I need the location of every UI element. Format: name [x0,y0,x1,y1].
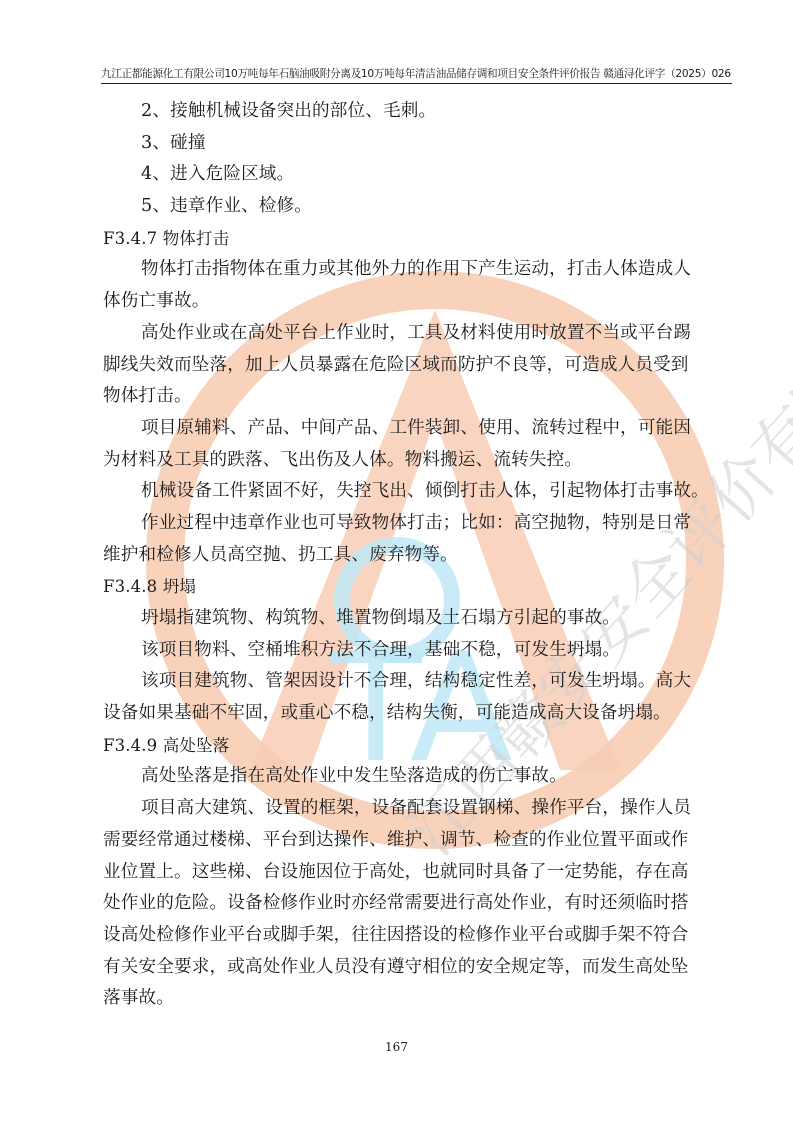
paragraph-line: 业位置上。这些梯、台设施因位于高处，也就同时具备了一定势能，存在高 [103,857,723,889]
paragraph-line: 体伤亡事故。 [103,286,723,318]
list-item: 3、碰撞 [103,128,723,160]
page-number: 167 [0,1040,793,1054]
paragraph-line: 物体打击指物体在重力或其他外力的作用下产生运动，打击人体造成人 [103,254,723,286]
paragraph-line: 机械设备工件紧固不好，失控飞出、倾倒打击人体，引起物体打击事故。 [103,476,723,508]
section-title: 坍塌 [163,577,196,596]
section-heading: F3.4.8 坍塌 [103,571,723,603]
paragraph-line: 高处作业或在高处平台上作业时，工具及材料使用时放置不当或平台踢 [103,318,723,350]
paragraph-line: 有关安全要求，或高处作业人员没有遵守相位的安全规定等，而发生高处坠 [103,952,723,984]
paragraph-line: 项目高大建筑、设置的框架，设备配套设置钢梯、操作平台，操作人员 [103,793,723,825]
paragraph-line: 落事故。 [103,983,723,1015]
section-number: F3.4.9 [103,736,157,755]
paragraph-line: 处作业的危险。设备检修作业时亦经常需要进行高处作业，有时还须临时搭 [103,888,723,920]
list-item: 5、违章作业、检修。 [103,191,723,223]
paragraph-line: 设高处检修作业平台或脚手架，往往因搭设的检修作业平台或脚手架不符合 [103,920,723,952]
page-content: 2、接触机械设备突出的部位、毛刺。 3、碰撞 4、进入危险区域。 5、违章作业、… [103,96,723,1015]
paragraph-line: 脚线失效而坠落，加上人员暴露在危险区域而防护不良等，可造成人员受到 [103,350,723,382]
paragraph-line: 维护和检修人员高空抛、扔工具、废弃物等。 [103,540,723,572]
paragraph-line: 为材料及工具的跌落、飞出伤及人体。物料搬运、流转失控。 [103,445,723,477]
paragraph-line: 坍塌指建筑物、构筑物、堆置物倒塌及土石塌方引起的事故。 [103,603,723,635]
section-heading: F3.4.7 物体打击 [103,223,723,255]
section-number: F3.4.7 [103,229,157,248]
paragraph-line: 该项目建筑物、管架因设计不合理，结构稳定性差，可发生坍塌。高大 [103,666,723,698]
list-item: 4、进入危险区域。 [103,159,723,191]
paragraph-line: 需要经常通过楼梯、平台到达操作、维护、调节、检查的作业位置平面或作 [103,825,723,857]
list-item: 2、接触机械设备突出的部位、毛刺。 [103,96,723,128]
section-heading: F3.4.9 高处坠落 [103,730,723,762]
section-number: F3.4.8 [103,577,157,596]
paragraph-line: 该项目物料、空桶堆积方法不合理，基础不稳，可发生坍塌。 [103,635,723,667]
paragraph-line: 作业过程中违章作业也可导致物体打击；比如：高空抛物，特别是日常 [103,508,723,540]
section-title: 物体打击 [163,229,230,248]
paragraph-line: 设备如果基础不牢固，或重心不稳，结构失衡，可能造成高大设备坍塌。 [103,698,723,730]
paragraph-line: 物体打击。 [103,381,723,413]
paragraph-line: 高处坠落是指在高处作业中发生坠落造成的伤亡事故。 [103,761,723,793]
section-title: 高处坠落 [163,736,230,755]
running-header: 九江正都能源化工有限公司10万吨每年石脑油吸附分离及10万吨每年清洁油品储存调和… [101,66,732,84]
paragraph-line: 项目原辅料、产品、中间产品、工件装卸、使用、流转过程中，可能因 [103,413,723,445]
